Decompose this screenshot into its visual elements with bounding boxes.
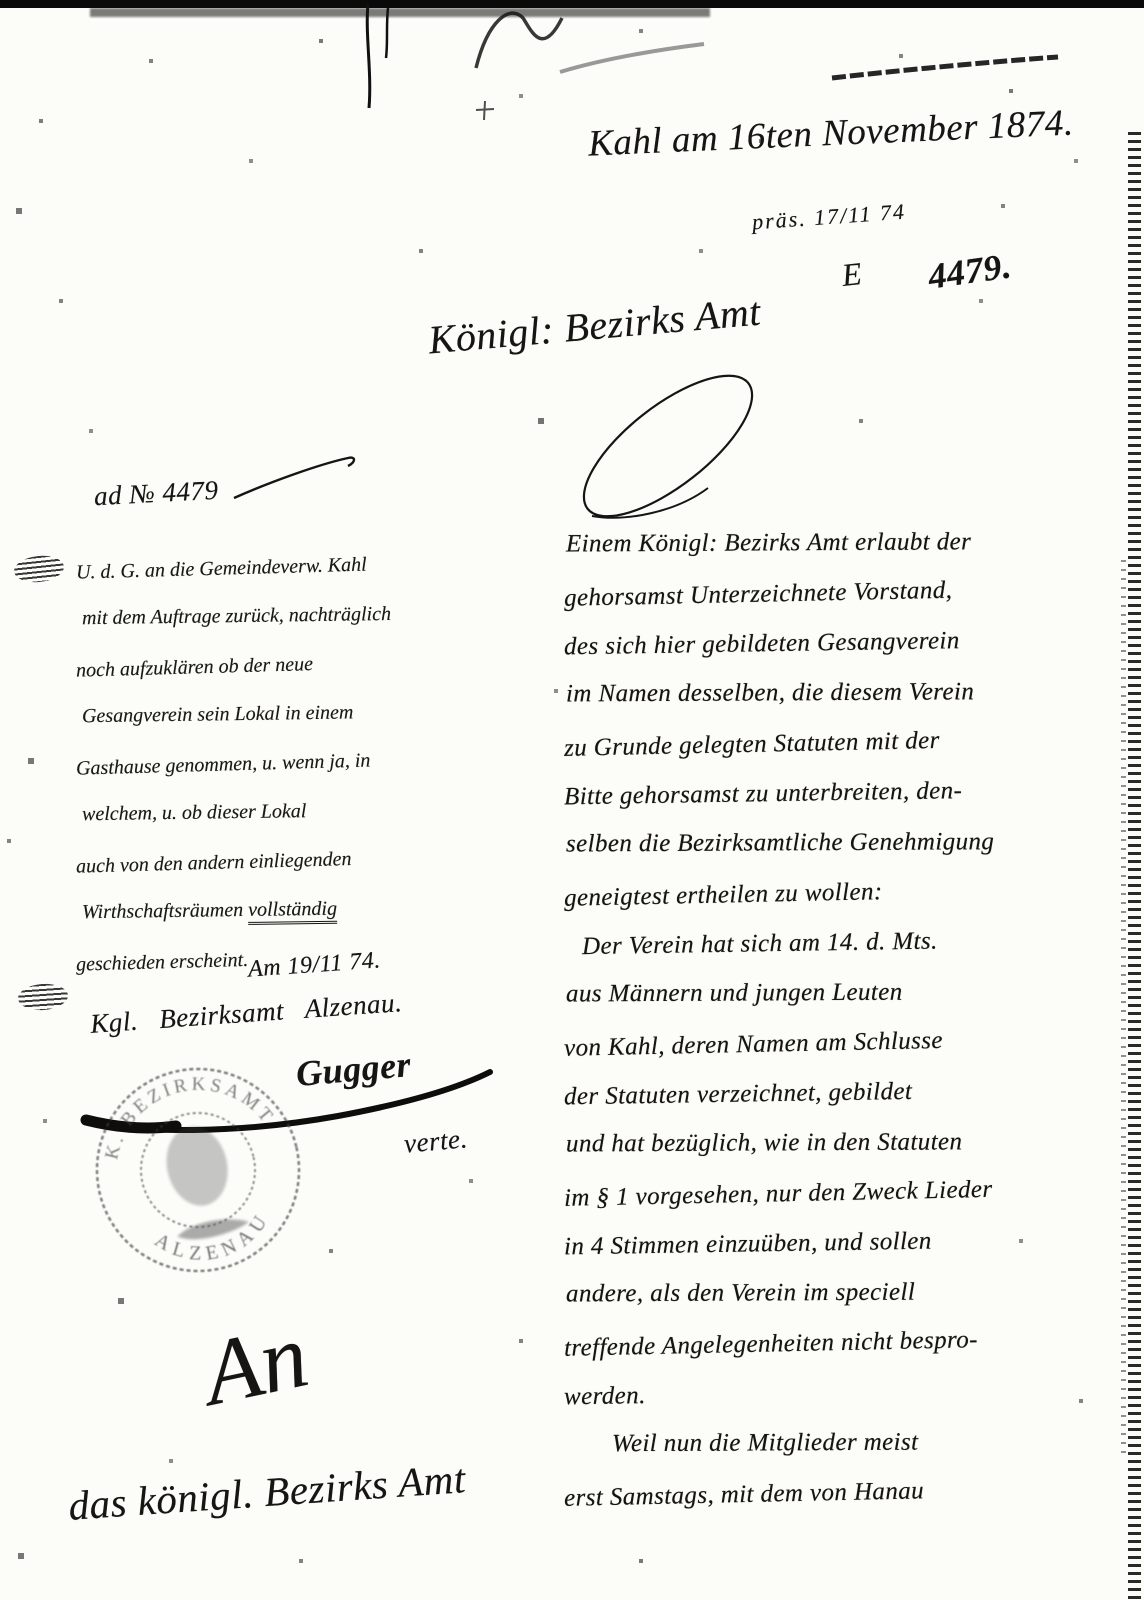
closing-address: das königl. Bezirks Amt xyxy=(67,1454,467,1530)
body-line: Bitte gehorsamst zu unterbreiten, den- xyxy=(564,764,1121,823)
noise-speckles xyxy=(0,0,2,2)
left-edge-punch-mark xyxy=(17,982,69,1011)
exhibit-mark: E xyxy=(840,255,864,294)
body-line: im Namen desselben, die diesem Verein xyxy=(566,667,1122,720)
margin-note-underlined-word: vollständig xyxy=(248,898,337,925)
body-line: aus Männern und jungen Leuten xyxy=(566,967,1122,1020)
margin-note-text: Wirthschaftsräumen xyxy=(82,899,248,923)
dateline: Kahl am 16ten November 1874. xyxy=(587,101,1074,165)
left-edge-punch-mark xyxy=(13,553,65,584)
right-edge-binding-artifact xyxy=(1128,132,1141,1600)
scan-top-edge-smudge xyxy=(90,8,710,17)
presentation-note: präs. 17/11 74 xyxy=(751,199,907,236)
body-line: Der Verein hat sich am 14. d. Mts. xyxy=(564,914,1121,973)
body-line: der Statuten verzeichnet, gebildet xyxy=(564,1064,1121,1123)
margin-reference-tick xyxy=(230,452,360,502)
body-line: erst Samstags, mit dem von Hanau xyxy=(564,1462,1121,1524)
salutation: Königl: Bezirks Amt xyxy=(427,288,763,364)
body-line: Weil nun die Mitglieder meist xyxy=(566,1417,1122,1470)
body-line: andere, als den Verein im speciell xyxy=(566,1267,1122,1320)
body-line: Einem Königl: Bezirks Amt erlaubt der xyxy=(566,517,1122,570)
margin-note-block: U. d. G. an die Gemeindeverw. Kahl mit d… xyxy=(76,542,554,983)
body-line: werden. xyxy=(564,1364,1121,1423)
body-line: in 4 Stimmen einzuüben, und sollen xyxy=(564,1214,1121,1273)
file-number: 4479. xyxy=(925,244,1014,297)
body-line: selben die Bezirksamtliche Genehmigung xyxy=(566,817,1122,870)
margin-reference: ad № 4479 xyxy=(93,475,219,512)
verte-note: verte. xyxy=(403,1123,469,1159)
scan-top-edge-artifact xyxy=(0,0,1144,8)
margin-signature: Gugger xyxy=(294,1043,412,1095)
letter-body: Einem Königl: Bezirks Amt erlaubt der ge… xyxy=(564,518,1120,1518)
address-monogram: An xyxy=(196,1308,316,1419)
scanned-letter-page: Kahl am 16ten November 1874. präs. 17/11… xyxy=(0,0,1144,1600)
body-line: des sich hier gebildeten Gesangverein xyxy=(564,614,1121,673)
body-line: und hat bezüglich, wie in den Statuten xyxy=(566,1117,1122,1170)
